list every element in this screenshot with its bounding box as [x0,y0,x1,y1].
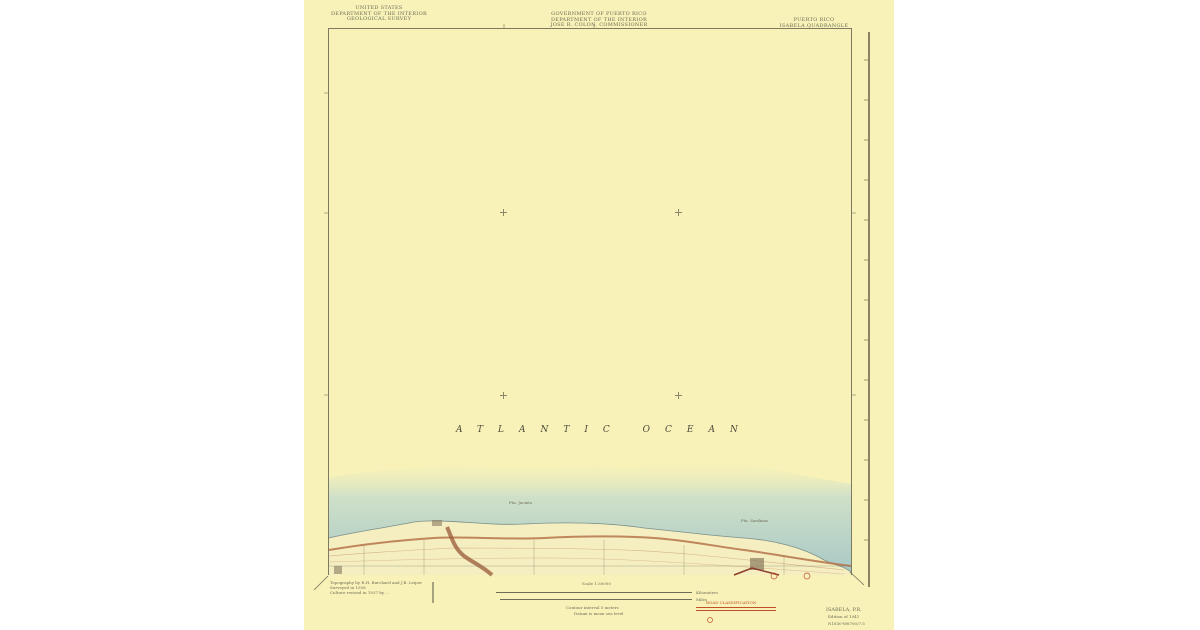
scale-bar-miles [500,599,692,600]
graticule-cross [500,209,507,216]
ocean-label: ATLANTIC OCEAN [456,425,753,435]
map-sheet: UNITED STATES DEPARTMENT OF THE INTERIOR… [304,0,894,630]
road-legend-line [696,610,776,611]
datum-note: Datum is mean sea level [574,611,623,616]
scale-bar-km [496,592,692,593]
road-legend-line [696,607,776,608]
map-graphics [304,0,894,630]
quad-code: N1830-W6700/7.5 [828,621,865,626]
graticule-cross [675,392,682,399]
quad-name: ISABELA, P.R. [826,608,862,613]
contour-interval-note: Contour interval 5 meters [566,605,619,610]
graticule-cross [500,392,507,399]
place-label-west-point: Pta. Jacinto [509,500,532,505]
scale-label: Scale 1:30000 [582,581,611,586]
place-label-east-point: Pta. Sardinas [741,518,768,523]
scale-unit-km: Kilometers [696,590,718,595]
footer-credits: Topography by R.H. Burchard and J.B. Lei… [330,580,430,595]
quad-edition: Edition of 1941 [828,614,859,619]
road-legend-title: ROAD CLASSIFICATION [706,600,756,605]
graticule-cross [675,209,682,216]
credit-line-3: Culture revised in 1937 by ... [330,590,430,595]
